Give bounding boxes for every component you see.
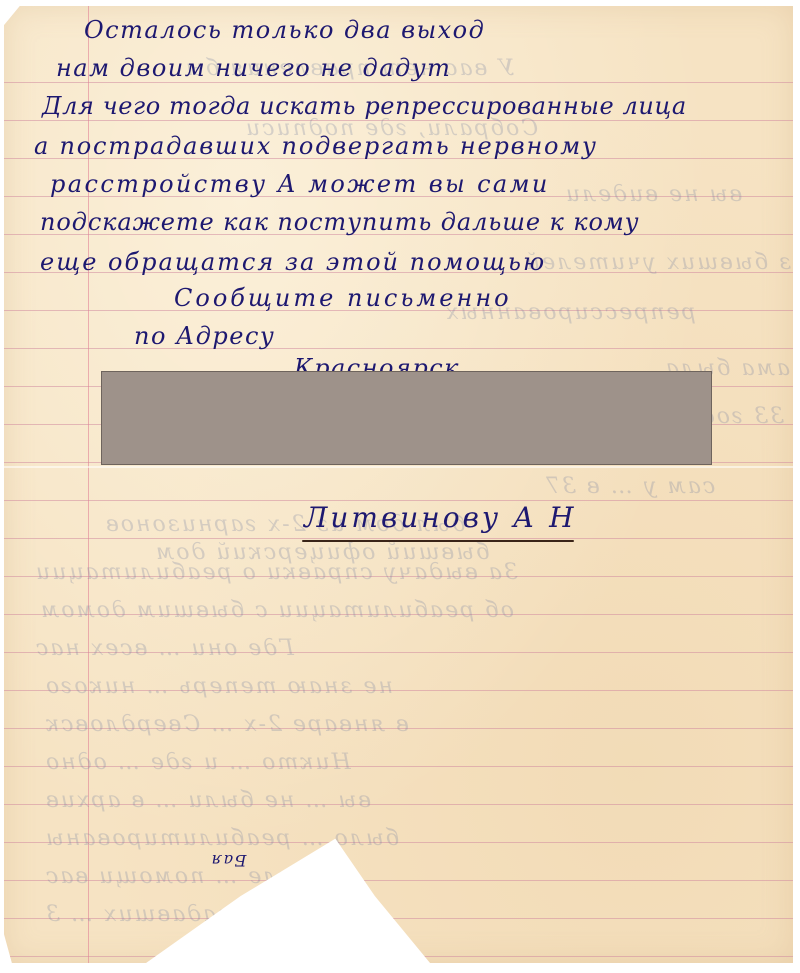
- bleed-through-text: За выдачу справки о реабилитации: [34, 562, 518, 584]
- addressee-name: Литвинову А Н: [304, 504, 577, 532]
- bleed-through-text: сам у … в 37: [544, 476, 715, 498]
- bleed-through-text: не знаю теперь … никого: [44, 676, 393, 698]
- bleed-through-text: об реабилитации с бывшим домом: [39, 600, 514, 622]
- ruled-line: [4, 538, 793, 539]
- ruled-line: [4, 348, 793, 349]
- letter-line: Осталось только два выход: [84, 18, 485, 42]
- bleed-through-text: в январе 2-х … Свердловск: [44, 714, 409, 736]
- bleed-through-text: было … реабилитированы: [44, 828, 399, 850]
- bleed-through-text: семье пострадавших … 3: [44, 904, 389, 926]
- paper-fold: [4, 466, 793, 468]
- letter-line: нам двоим ничего не дадут: [56, 56, 451, 80]
- bleed-through-text: Где они … всех нас: [34, 638, 294, 660]
- letter-line: по Адресу: [134, 324, 275, 348]
- ruled-line: [4, 82, 793, 83]
- letter-page: У вас нет правления бы Собрали, где подп…: [4, 6, 793, 963]
- letter-line: расстройству А может вы сами: [50, 172, 550, 196]
- bleed-through-text: Никто … и где … одно: [44, 752, 351, 774]
- ruled-line: [4, 956, 793, 957]
- letter-line: Для чего тогда искать репрессированные л…: [42, 94, 687, 118]
- letter-line: Сообщите письменно: [174, 286, 512, 310]
- bleed-through-text: вы не видели: [564, 184, 742, 206]
- letter-line: подскажете как поступить дальше к кому: [40, 210, 639, 234]
- letter-line: а пострадавших подвергать нервному: [34, 134, 598, 158]
- letter-line: еще обращатся за этой помощью: [40, 250, 546, 274]
- bleed-through-text: вы … не были … в архив: [44, 790, 371, 812]
- bleed-through-text: из бывших учителей: [524, 252, 800, 274]
- stamp-mark: Бая: [210, 852, 246, 868]
- bleed-through-text: после … помощи вас: [44, 866, 323, 888]
- signature-underline: [302, 540, 574, 542]
- redaction-box: [101, 371, 712, 465]
